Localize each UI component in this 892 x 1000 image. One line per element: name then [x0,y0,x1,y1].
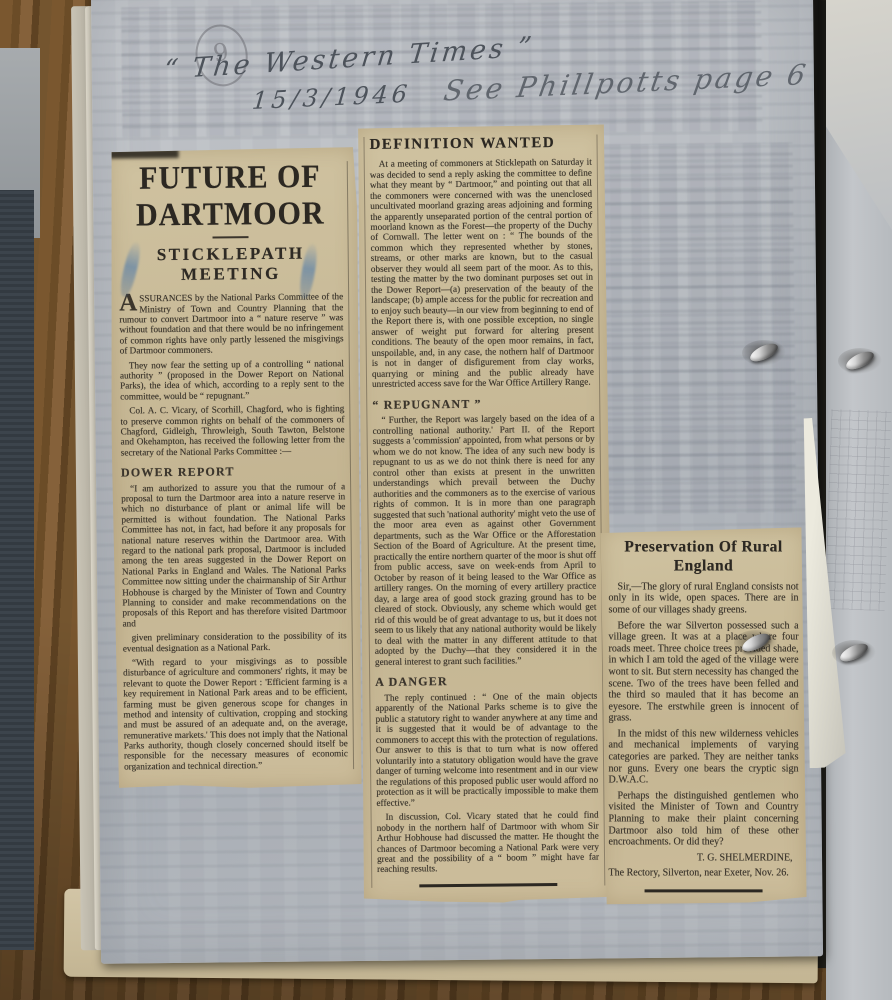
clipping-future-of-dartmoor: FUTURE OF DARTMOOR STICKLEPATH MEETING A… [109,147,364,790]
headline-rule [213,236,249,238]
paragraph: “I am authorized to assure you that the … [121,481,347,629]
paragraph: They now fear the setting up of a contro… [120,358,344,402]
binder-post-icon [838,348,882,374]
binder-cover-fabric [0,190,34,950]
drop-cap: A [119,294,139,314]
section-heading: A DANGER [375,674,597,690]
lead-paragraph: ASSURANCES by the National Parks Committ… [119,291,344,356]
paragraph: Perhaps the distinguished gentlemen who … [609,790,799,848]
letter-signature: T. G. SHELMERDINE, [609,852,799,864]
binder-post-icon [734,630,778,656]
paragraph: “ Further, the Report was largely based … [372,413,597,667]
binder-post-icon [832,640,876,666]
right-page-stack [826,0,892,1000]
paragraph: given preliminary consideration to the p… [123,630,347,653]
binder-post-icon [742,340,786,366]
paragraph: In discussion, Col. Vicary stated that h… [377,810,600,875]
album-page: 9 “ The Western Times ” 15/3/1946 See Ph… [91,0,823,964]
letter-address: The Rectory, Silverton, near Exeter, Nov… [609,868,799,880]
scrapbook-photo: overthrown by Commoners 9 “ The Western … [0,0,892,1000]
headline: Preservation Of Rural England [609,537,799,576]
paragraph: “With regard to your misgivings as to po… [123,655,348,772]
clipping-definition-wanted: DEFINITION WANTED At a meeting of common… [354,124,614,904]
graph-paper-edge [825,409,892,611]
clipping-preservation-of-rural-england: Preservation Of Rural England Sir,—The g… [601,527,807,904]
paragraph: The reply continued : “ One of the main … [375,690,598,808]
headline: FUTURE OF DARTMOOR [118,159,343,234]
showthrough-text-patch [603,142,797,514]
headline: DEFINITION WANTED [369,135,591,154]
end-rule [419,883,557,887]
paragraph: In the midst of this new wilderness vehi… [609,728,799,786]
right-top-sheet [826,0,892,230]
section-heading: “ REPUGNANT ” [372,396,594,412]
paragraph: Sir,—The glory of rural England consists… [609,581,799,616]
end-rule [645,889,763,892]
section-heading: DOWER REPORT [121,464,345,480]
paragraph: At a meeting of commoners at Sticklepath… [370,157,594,390]
paragraph: Col. A. C. Vicary, of Scorhill, Chagford… [120,403,345,457]
